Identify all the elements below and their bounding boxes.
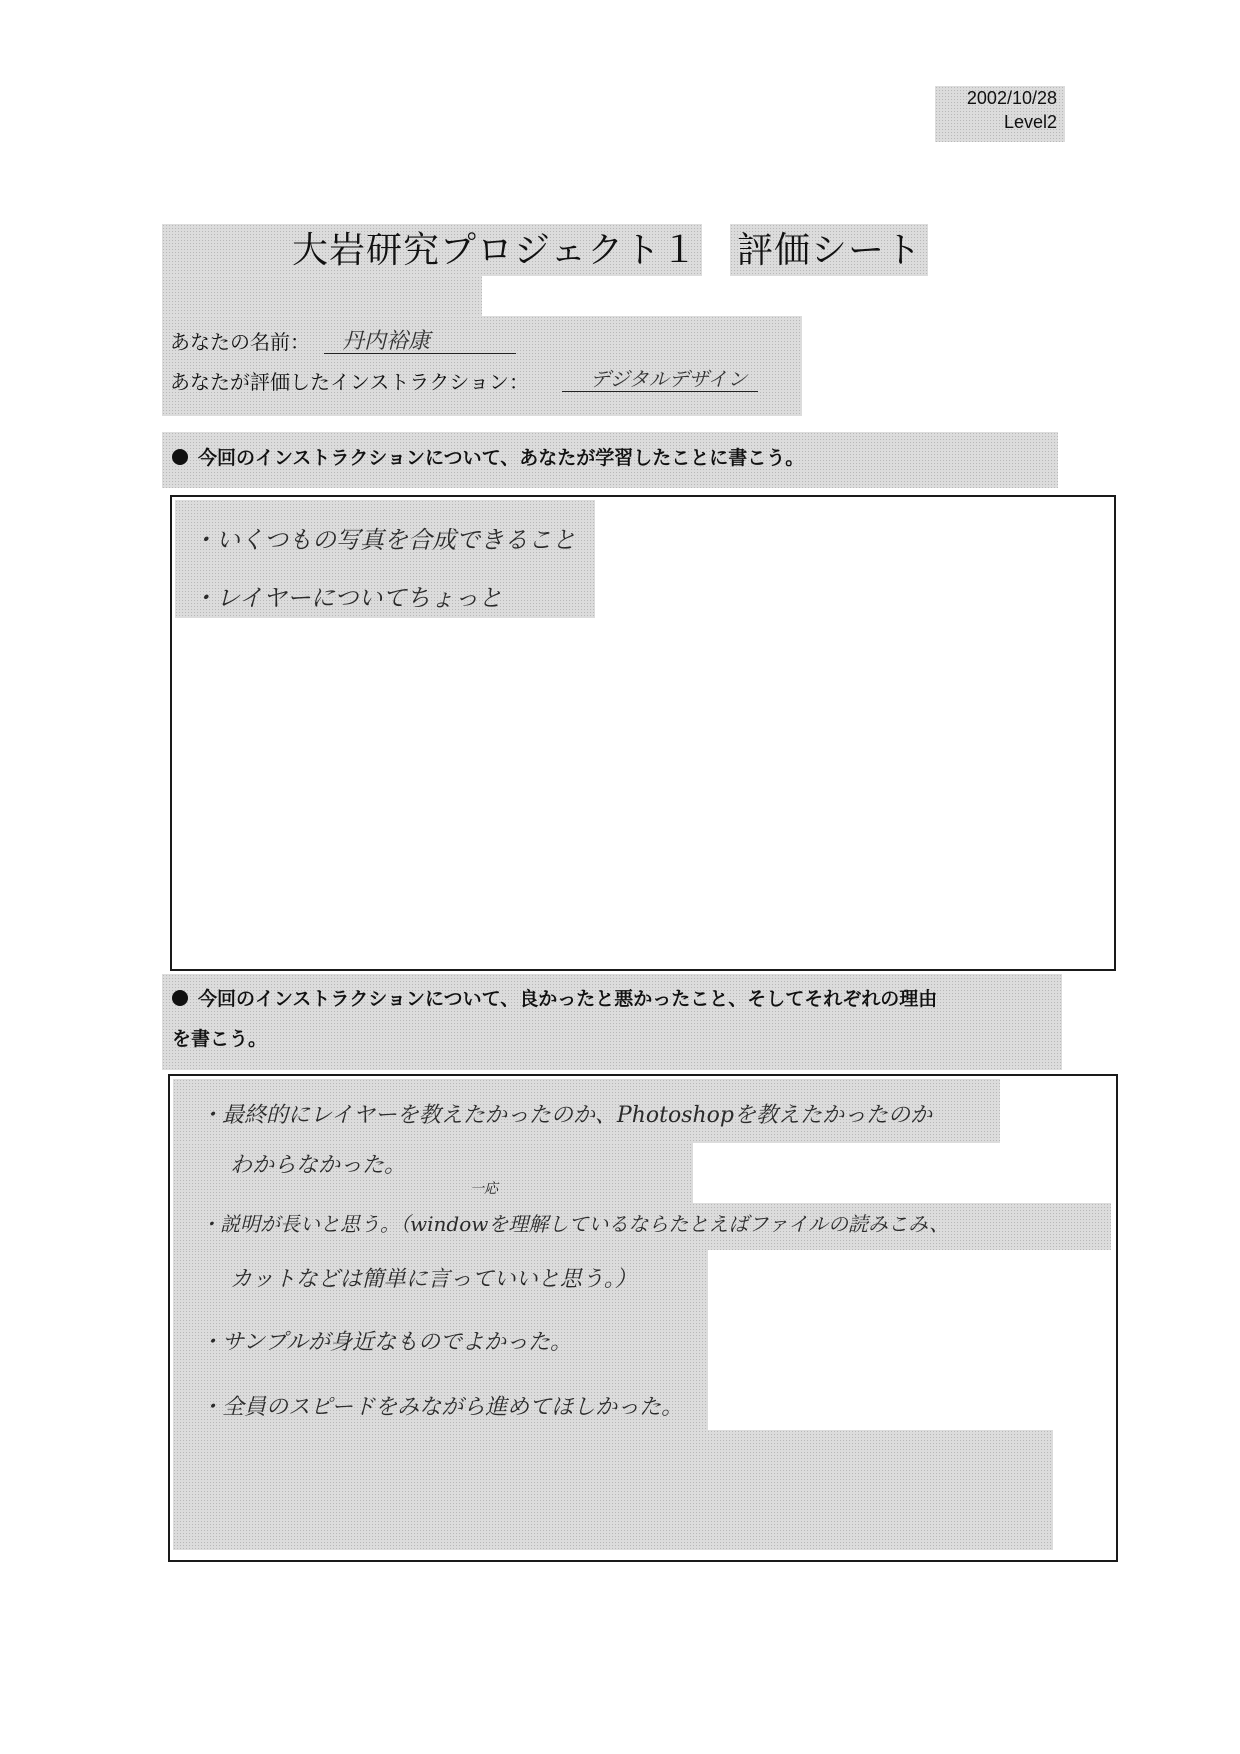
section1-heading: 今回のインストラクションについて、あなたが学習したことに書こう。 <box>172 443 804 470</box>
section2-heading: 今回のインストラクションについて、良かったと悪かったこと、そしてそれぞれの理由 <box>172 984 937 1011</box>
section2-entry: ・全員のスピードをみながら進めてほしかった。 <box>200 1390 683 1421</box>
name-label: あなたの名前： <box>170 326 310 355</box>
bullet-icon <box>172 449 188 465</box>
section2-annotation: 一応 <box>470 1178 498 1198</box>
bullet-icon <box>172 990 188 1006</box>
section2-entry: わからなかった。 <box>230 1148 406 1179</box>
page-title: 大岩研究プロジェクト１ <box>292 222 698 273</box>
section2-entry: ・最終的にレイヤーを教えたかったのか、Photoshopを教えたかったのか <box>200 1098 932 1129</box>
section2-entry: ・説明が長いと思う。（windowを理解しているならたとえばファイルの読みこみ、 <box>200 1208 949 1237</box>
document-level: Level2 <box>935 110 1057 134</box>
section2-entry: カットなどは簡単に言っていいと思う。） <box>230 1262 637 1293</box>
name-value: 丹内裕康 <box>342 324 430 355</box>
instruction-label: あなたが評価したインストラクション： <box>170 366 529 395</box>
section2-heading-text: 今回のインストラクションについて、良かったと悪かったこと、そしてそれぞれの理由 <box>198 988 937 1010</box>
section1-heading-text: 今回のインストラクションについて、あなたが学習したことに書こう。 <box>198 447 804 469</box>
instruction-value: デジタルデザイン <box>590 363 747 392</box>
section1-entry: ・いくつもの写真を合成できること <box>192 520 576 555</box>
title-band-under <box>162 276 482 316</box>
section2-entry: ・サンプルが身近なものでよかった。 <box>200 1325 572 1356</box>
document-meta: 2002/10/28 Level2 <box>935 86 1065 142</box>
section2-handwriting-band-e <box>173 1430 1053 1550</box>
page-subtitle: 評価シート <box>737 222 922 273</box>
section1-entry: ・レイヤーについてちょっと <box>192 578 502 613</box>
document-date: 2002/10/28 <box>935 86 1057 110</box>
section2-heading-continued: を書こう。 <box>172 1024 267 1051</box>
